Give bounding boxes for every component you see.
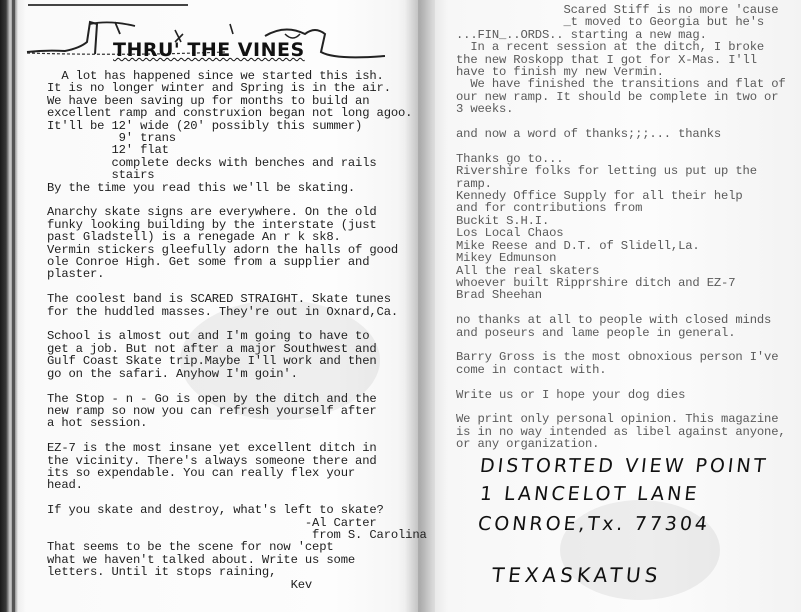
text-line: Mikey Edmunson [456,252,786,264]
text-line: We have finished the transitions and fla… [456,78,786,90]
text-line: Kev [47,579,427,591]
text-line: plaster. [47,268,427,280]
text-line: That seems to be the scene for now 'cept [47,541,427,553]
text-line: _t moved to Georgia but he's [456,16,786,28]
paragraph: Scared Stiff is no more 'cause _t moved … [456,4,786,116]
text-line: By the time you read this we'll be skati… [47,182,427,194]
staple-spine [12,0,15,612]
handwritten-signature: TEXASKATUS [491,563,663,587]
text-line: and for contributions from [456,202,786,214]
paragraph: The coolest band is SCARED STRAIGHT. Ska… [47,293,427,318]
paragraph: no thanks at all to people with closed m… [456,314,786,339]
paragraph: The Stop - n - Go is open by the ditch a… [47,393,427,430]
paragraph: Anarchy skate signs are everywhere. On t… [47,206,427,280]
text-line: In a recent session at the ditch, I brok… [456,41,786,53]
text-line: past Gladstell) is a renegade An r k sk8… [47,231,427,243]
text-line: It is no longer winter and Spring is in … [47,82,427,94]
address-name: DISTORTED VIEW POINT [479,455,770,477]
text-line: for the huddled masses. They're out in O… [47,306,427,318]
text-line: Brad Sheehan [456,289,786,301]
text-line: The coolest band is SCARED STRAIGHT. Ska… [47,293,427,305]
paragraph: We print only personal opinion. This mag… [456,413,786,450]
text-line: its so expendable. You can really flex y… [47,467,427,479]
text-line: 3 weeks. [456,103,786,115]
paragraph: Barry Gross is the most obnoxious person… [456,351,786,376]
address-street: 1 LANCELOT LANE [479,483,701,505]
article-title: THRU' THE VINES [113,39,305,61]
text-line: no thanks at all to people with closed m… [456,314,786,326]
text-line: a hot session. [47,417,427,429]
text-line: Rivershire folks for letting us put up t… [456,165,786,177]
paragraph: and now a word of thanks;;;... thanks [456,128,786,140]
text-line: stairs [47,169,427,181]
text-line: letters. Until it stops raining, [47,566,427,578]
paragraph: Thanks go to...Rivershire folks for lett… [456,153,786,302]
text-line: Los Local Chaos [456,227,786,239]
top-rule [28,4,188,6]
text-line: go on the safari. Anyhow I'm goin'. [47,368,427,380]
left-column-text: A lot has happened since we started this… [47,70,427,603]
address-city: CONROE,Tx. 77304 [477,513,711,535]
text-line: come in contact with. [456,364,786,376]
text-line: and poseurs and lame people in general. [456,327,786,339]
text-line: If you skate and destroy, what's left to… [47,504,427,516]
text-line: We print only personal opinion. This mag… [456,413,786,425]
text-line: or any organization. [456,438,786,450]
zine-spread: THRU' THE VINES A lot has happened since… [0,0,801,612]
right-column-text: Scared Stiff is no more 'cause _t moved … [456,4,786,463]
text-line: 12' flat [47,144,427,156]
title-banner: THRU' THE VINES [25,12,385,62]
text-line: Anarchy skate signs are everywhere. On t… [47,206,427,218]
text-line: EZ-7 is the most insane yet excellent di… [47,442,427,454]
text-line: Write us or I hope your dog dies [456,389,786,401]
paragraph: EZ-7 is the most insane yet excellent di… [47,442,427,492]
text-line: Barry Gross is the most obnoxious person… [456,351,786,363]
paragraph: A lot has happened since we started this… [47,70,427,194]
paragraph: If you skate and destroy, what's left to… [47,504,427,591]
paragraph: Write us or I hope your dog dies [456,389,786,401]
text-line: excellent ramp and construxion began not… [47,107,427,119]
paragraph: School is almost out and I'm going to ha… [47,330,427,380]
text-line: and now a word of thanks;;;... thanks [456,128,786,140]
text-line: head. [47,479,427,491]
text-line: Gulf Coast Skate trip.Maybe I'll work an… [47,355,427,367]
